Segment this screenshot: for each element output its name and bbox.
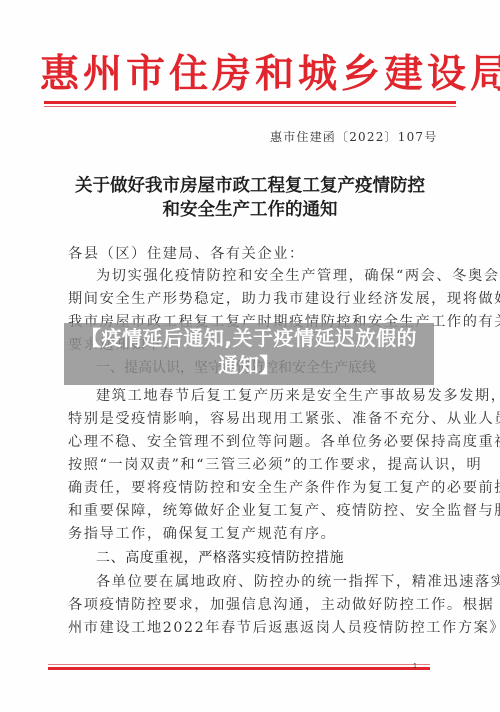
red-rule-thin	[44, 106, 456, 107]
document-subject: 关于做好我市房屋市政工程复工复产疫情防控 和安全生产工作的通知	[40, 174, 460, 222]
red-rule-thick	[44, 101, 456, 104]
subject-line: 和安全生产工作的通知	[40, 198, 460, 222]
caption-line: 通知】	[64, 352, 434, 379]
agency-letterhead-title: 惠州市住房和城乡建设局	[40, 50, 460, 98]
body-text-line: 各项疫情防控要求，加强信息沟通，主动做好防控工作。根据《惠	[68, 595, 438, 615]
body-text-line: 各单位要在属地政府、防控办的统一指挥下，精准迅速落实	[96, 572, 438, 592]
caption-line: 【疫情延后通知,关于疫情延迟放假的	[64, 325, 434, 352]
letterhead-red-rule	[44, 101, 456, 108]
section-heading-2: 二、高度重视，严格落实疫情防控措施	[96, 548, 466, 568]
body-text-line: 期间安全生产形势稳定，助力我市建设行业经济发展，现将做好	[68, 289, 438, 309]
red-rule-thick	[48, 667, 430, 670]
subject-line: 关于做好我市房屋市政工程复工复产疫情防控	[40, 174, 460, 198]
body-text-line: 心理不稳、安全管理不到位等问题。各单位务必要保持高度重视，	[68, 432, 438, 452]
document-page: 惠州市住房和城乡建设局 惠市住建函〔2022〕107号 关于做好我市房屋市政工程…	[0, 0, 500, 712]
body-text-line: 确责任，要将疫情防控和安全生产条件作为复工复产的必要前提	[68, 478, 438, 498]
page-number: 1	[413, 663, 417, 670]
red-rule-thin	[48, 664, 430, 665]
body-text-line: 州市建设工地2022年春节后返惠返岗人员疫情防控工作方案》	[68, 618, 438, 638]
body-text-line: 为切实强化疫情防控和安全生产管理，确保“两会、冬奥会”	[96, 266, 438, 286]
document-number: 惠市住建函〔2022〕107号	[270, 128, 470, 145]
body-text-line: 按照“一岗双责”和“三管三必须”的工作要求，提高认识，明	[68, 455, 438, 475]
footer-red-rule	[48, 664, 430, 671]
body-text-line: 特别是受疫情影响，容易出现用工紧张、准备不充分、从业人员	[68, 409, 438, 429]
body-text-line: 务指导工作，确保复工复产规范有序。	[68, 524, 438, 544]
body-text-line: 建筑工地春节后复工复产历来是安全生产事故易发多发期，	[96, 386, 438, 406]
caption-overlay-text: 【疫情延后通知,关于疫情延迟放假的 通知】	[64, 325, 434, 379]
salutation: 各县（区）住建局、各有关企业：	[68, 244, 438, 264]
body-text-line: 和重要保障，统筹做好企业复工复产、疫情防控、安全监督与服	[68, 501, 438, 521]
